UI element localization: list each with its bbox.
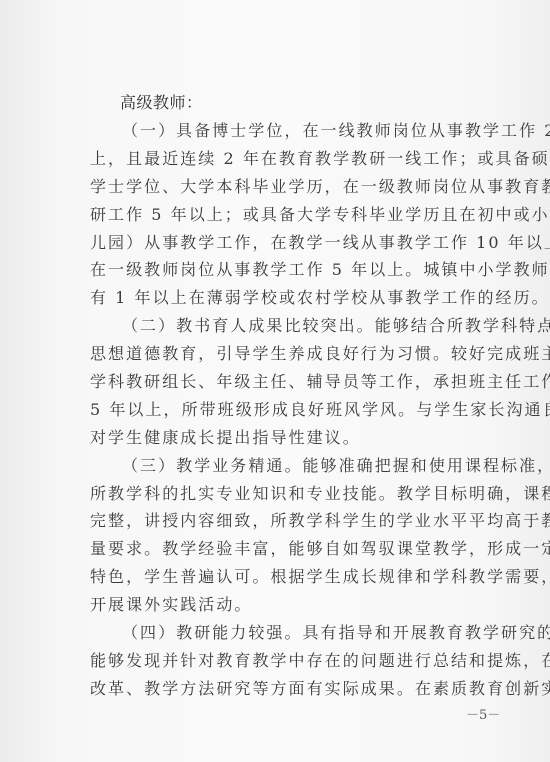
section-heading: 高级教师：	[120, 90, 203, 113]
text-line: 量要求。教学经验丰富，能够自如驾驭课堂教学，形成一定教学	[90, 535, 486, 563]
document-body: （一）具备博士学位，在一线教师岗位从事教学工作 2 年以 上，且最近连续 2 年…	[90, 117, 486, 703]
text-line: 所教学科的扎实专业知识和专业技能。教学目标明确，课程设计	[90, 480, 486, 508]
text-line: 在一级教师岗位从事教学工作 5 年以上。城镇中小学教师原则上	[90, 256, 486, 284]
text-line: 学科教研组长、年级主任、辅导员等工作，承担班主任工作应在	[90, 368, 486, 396]
text-line: 5 年以上，所带班级形成良好班风学风。与学生家长沟通良好，	[90, 396, 486, 424]
text-line: 开展课外实践活动。	[90, 591, 486, 619]
paragraph-3: （三）教学业务精通。能够准确把握和使用课程标准，具有 所教学科的扎实专业知识和专…	[90, 452, 486, 619]
text-line: 学士学位、大学本科毕业学历，在一级教师岗位从事教育教学教	[90, 173, 486, 201]
paragraph-1: （一）具备博士学位，在一线教师岗位从事教学工作 2 年以 上，且最近连续 2 年…	[90, 117, 486, 312]
text-line: （三）教学业务精通。能够准确把握和使用课程标准，具有	[90, 452, 486, 480]
text-line: 有 1 年以上在薄弱学校或农村学校从事教学工作的经历。	[90, 284, 486, 312]
paragraph-2: （二）教书育人成果比较突出。能够结合所教学科特点开展 思想道德教育，引导学生养成…	[90, 312, 486, 451]
page-number: －5－	[466, 704, 500, 723]
text-line: 完整，讲授内容细致，所教学科学生的学业水平平均高于教育质	[90, 507, 486, 535]
text-line: （二）教书育人成果比较突出。能够结合所教学科特点开展	[90, 312, 486, 340]
text-line: 特色，学生普遍认可。根据学生成长规律和学科教学需要，组织	[90, 563, 486, 591]
text-line: 儿园）从事教学工作，在教学一线从事教学工作 10 年以上，并	[90, 229, 486, 257]
text-line: （四）教研能力较强。具有指导和开展教育教学研究的能力，	[90, 619, 486, 647]
text-line: 思想道德教育，引导学生养成良好行为习惯。较好完成班主任、	[90, 340, 486, 368]
paragraph-4: （四）教研能力较强。具有指导和开展教育教学研究的能力， 能够发现并针对教育教学中…	[90, 619, 486, 703]
text-line: 研工作 5 年以上；或具备大学专科毕业学历且在初中或小学（幼	[90, 201, 486, 229]
text-line: 上，且最近连续 2 年在教育教学教研一线工作；或具备硕士学位、	[90, 145, 486, 173]
text-line: （一）具备博士学位，在一线教师岗位从事教学工作 2 年以	[90, 117, 486, 145]
text-line: 能够发现并针对教育教学中存在的问题进行总结和提炼，在课程	[90, 647, 486, 675]
document-page: 高级教师： （一）具备博士学位，在一线教师岗位从事教学工作 2 年以 上，且最近…	[0, 0, 550, 762]
text-line: 改革、教学方法研究等方面有实际成果。在素质教育创新实践中	[90, 675, 486, 703]
text-line: 对学生健康成长提出指导性建议。	[90, 424, 486, 452]
